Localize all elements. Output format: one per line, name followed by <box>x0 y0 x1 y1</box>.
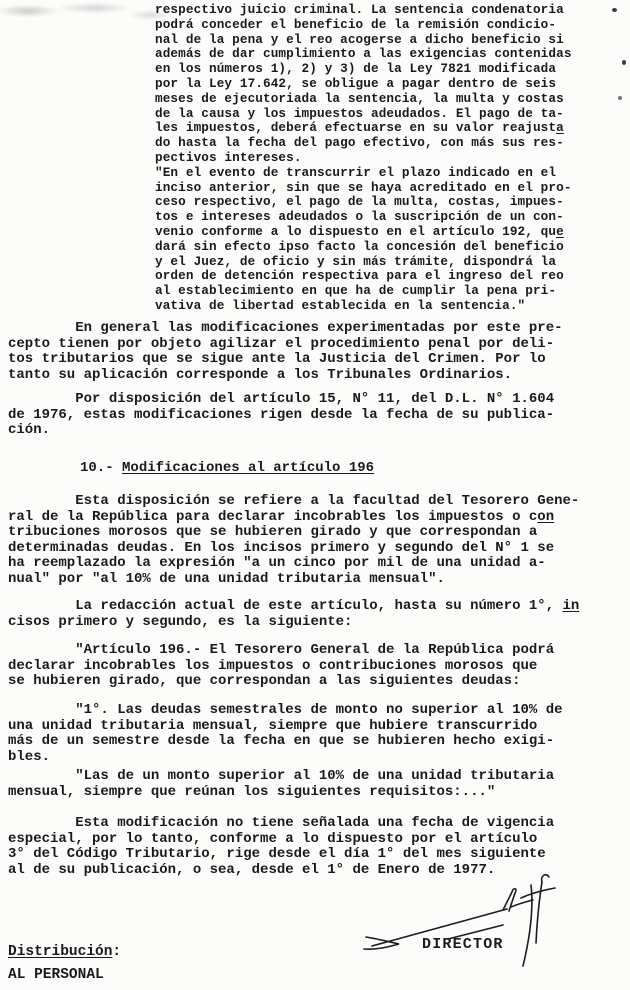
ink-speck <box>612 8 617 12</box>
text-line: por la Ley 17.642, se obligue a pagar de… <box>155 77 572 92</box>
text-line: les impuestos, deberá efectuarse en su v… <box>155 121 572 136</box>
text-line: una unidad tributaria mensual, siempre q… <box>8 719 563 735</box>
text-line: AL PERSONAL <box>8 964 121 987</box>
text-line: ción. <box>8 423 554 439</box>
text-line: "1°. Las deudas semestrales de monto no … <box>8 703 563 719</box>
text-line: La redacción actual de este artículo, ha… <box>8 599 579 615</box>
text-line: 10.- Modificaciones al artículo 196 <box>80 461 374 477</box>
text-line: Esta modificación no tiene señalada una … <box>8 816 554 832</box>
text-line: se hubieren girado, que correspondan a l… <box>8 674 554 690</box>
director-label: DIRECTOR <box>422 936 504 953</box>
text-line: "Artículo 196.- El Tesorero General de l… <box>8 643 554 659</box>
distribution-section: Distribución:AL PERSONAL <box>8 941 121 987</box>
quoted-provision-continuation: respectivo juicio criminal. La sentencia… <box>155 3 572 314</box>
paragraph-dl-1604: Por disposición del artículo 15, N° 11, … <box>8 392 554 439</box>
paragraph-article-196-overview: Esta disposición se refiere a la faculta… <box>8 494 579 587</box>
text-line: 3° del Código Tributario, rige desde el … <box>8 847 554 863</box>
signature-flourish <box>352 866 582 986</box>
text-line: Por disposición del artículo 15, N° 11, … <box>8 392 554 408</box>
text-line: ha reemplazado la expresión "a un cinco … <box>8 556 579 572</box>
text-line: especial, por lo tanto, conforme a lo di… <box>8 832 554 848</box>
signature-block: DIRECTOR <box>352 866 582 986</box>
text-line: tos e intereses adeudados o la suscripci… <box>155 210 572 225</box>
text-line: inciso anterior, sin que se haya acredit… <box>155 181 572 196</box>
paragraph-general-effect: En general las modificaciones experiment… <box>8 321 563 383</box>
quoted-higher-amount-text: "Las de un monto superior al 10% de una … <box>8 769 554 800</box>
text-line: venio conforme a lo dispuesto en el artí… <box>155 225 572 240</box>
text-line: dará sin efecto ipso facto la concesión … <box>155 240 572 255</box>
scan-smudge-top-left <box>0 0 180 28</box>
text-line: más de un semestre desde la fecha en que… <box>8 734 563 750</box>
text-line: "En el evento de transcurrir el plazo in… <box>155 166 572 181</box>
text-line: al establecimiento en que ha de cumplir … <box>155 284 572 299</box>
text-line: orden de detención respectiva para el in… <box>155 269 572 284</box>
text-line: cepto tienen por objeto agilizar el proc… <box>8 337 563 353</box>
text-line: nal de la pena y el reo acogerse a dicho… <box>155 33 572 48</box>
text-line: tanto su aplicación corresponde a los Tr… <box>8 368 563 384</box>
text-line: en los números 1), 2) y 3) de la Ley 782… <box>155 62 572 77</box>
text-line: meses de ejecutoriada la sentencia, la m… <box>155 92 572 107</box>
section-10-heading: 10.- Modificaciones al artículo 196 <box>80 461 374 477</box>
text-line: y el Juez, de oficio y sin más trámite, … <box>155 255 572 270</box>
paragraph-current-wording-intro: La redacción actual de este artículo, ha… <box>8 599 579 630</box>
text-line: mensual, siempre que reúnan los siguient… <box>8 785 554 801</box>
text-line: pectivos intereses. <box>155 151 572 166</box>
text-line: determinadas deudas. En los incisos prim… <box>8 541 579 557</box>
text-line: respectivo juicio criminal. La sentencia… <box>155 3 572 18</box>
ink-speck <box>622 60 626 65</box>
text-line: de la causa y los impuestos adeudados. E… <box>155 107 572 122</box>
text-line: tos tributarios que se sigue ante la Jus… <box>8 352 563 368</box>
text-line: nual" por "al 10% de una unidad tributar… <box>8 572 579 588</box>
text-line: "Las de un monto superior al 10% de una … <box>8 769 554 785</box>
text-line: Distribución: <box>8 941 121 964</box>
text-line: declarar incobrables los impuestos o con… <box>8 659 554 675</box>
text-line: bles. <box>8 750 563 766</box>
text-line: ceso respectivo, el pago de la multa, co… <box>155 195 572 210</box>
text-line: de 1976, estas modificaciones rigen desd… <box>8 408 554 424</box>
text-line: ral de la República para declarar incobr… <box>8 510 579 526</box>
quoted-article-196-text: "Artículo 196.- El Tesorero General de l… <box>8 643 554 690</box>
text-line: podrá conceder el beneficio de la remisi… <box>155 18 572 33</box>
text-line: Esta disposición se refiere a la faculta… <box>8 494 579 510</box>
quoted-numeral-1-text: "1°. Las deudas semestrales de monto no … <box>8 703 563 765</box>
text-line: do hasta la fecha del pago efectivo, con… <box>155 136 572 151</box>
text-line: vativa de libertad establecida en la sen… <box>155 299 572 314</box>
text-line: cisos primero y segundo, es la siguiente… <box>8 615 579 631</box>
text-line: tribuciones morosos que se hubieren gira… <box>8 525 579 541</box>
text-line: además de dar cumplimiento a las exigenc… <box>155 47 572 62</box>
text-line: En general las modificaciones experiment… <box>8 321 563 337</box>
ink-speck <box>618 96 622 100</box>
